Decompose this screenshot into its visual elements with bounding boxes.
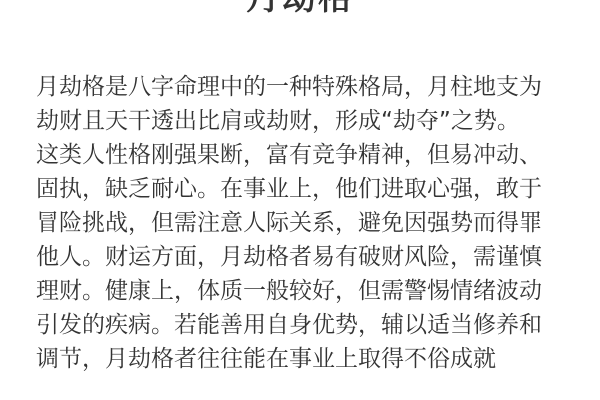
article-title: 月劫格 [0,0,600,18]
article-line: 这类人性格刚强果断，富有竞争精神，但易冲动、 [36,138,566,172]
article-line: 固执，缺乏耐心。在事业上，他们进取心强，敢于 [36,172,566,206]
article-line: 理财。健康上，体质一般较好，但需警惕情绪波动 [36,274,566,308]
article-line: 他人。财运方面，月劫格者易有破财风险，需谨慎 [36,240,566,274]
article-line: 冒险挑战，但需注意人际关系，避免因强势而得罪 [36,206,566,240]
article-body: 月劫格是八字命理中的一种特殊格局，月柱地支为 劫财且天干透出比肩或劫财，形成“劫… [36,70,566,376]
article-line: 劫财且天干透出比肩或劫财，形成“劫夺”之势。 [36,104,566,138]
article-line: 调节，月劫格者往往能在事业上取得不俗成就 [36,342,566,376]
article-line: 引发的疾病。若能善用自身优势，辅以适当修养和 [36,308,566,342]
article-line: 月劫格是八字命理中的一种特殊格局，月柱地支为 [36,70,566,104]
article-page: 月劫格 月劫格是八字命理中的一种特殊格局，月柱地支为 劫财且天干透出比肩或劫财，… [0,0,600,400]
